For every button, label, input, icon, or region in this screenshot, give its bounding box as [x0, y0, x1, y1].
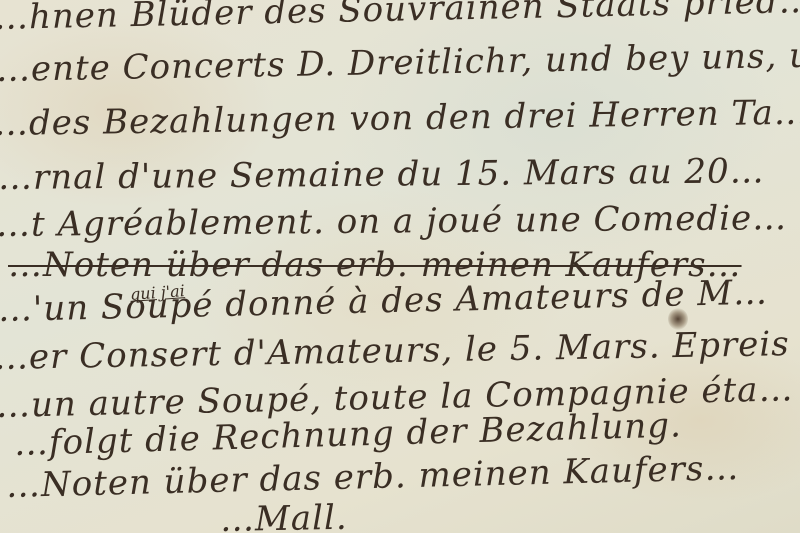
- manuscript-line-12: …Mall.: [220, 498, 348, 533]
- manuscript-line-4: …rnal d'une Semaine du 15. Mars au 20…: [0, 151, 765, 198]
- manuscript-page: …hnen Blüder des Souvrainen Staats pried…: [0, 0, 800, 533]
- manuscript-line-5: …t Agréablement. on a joué une Comedie…: [0, 198, 787, 245]
- manuscript-line-1: …hnen Blüder des Souvrainen Staats pried…: [0, 0, 800, 38]
- manuscript-line-2: …ente Concerts D. Dreitlichr, und bey un…: [0, 35, 800, 90]
- manuscript-line-3: …des Bezahlungen von den drei Herren Ta…: [0, 93, 800, 144]
- manuscript-line-8: …er Consert d'Amateurs, le 5. Mars. Epre…: [0, 323, 800, 378]
- ink-blot: [668, 308, 688, 330]
